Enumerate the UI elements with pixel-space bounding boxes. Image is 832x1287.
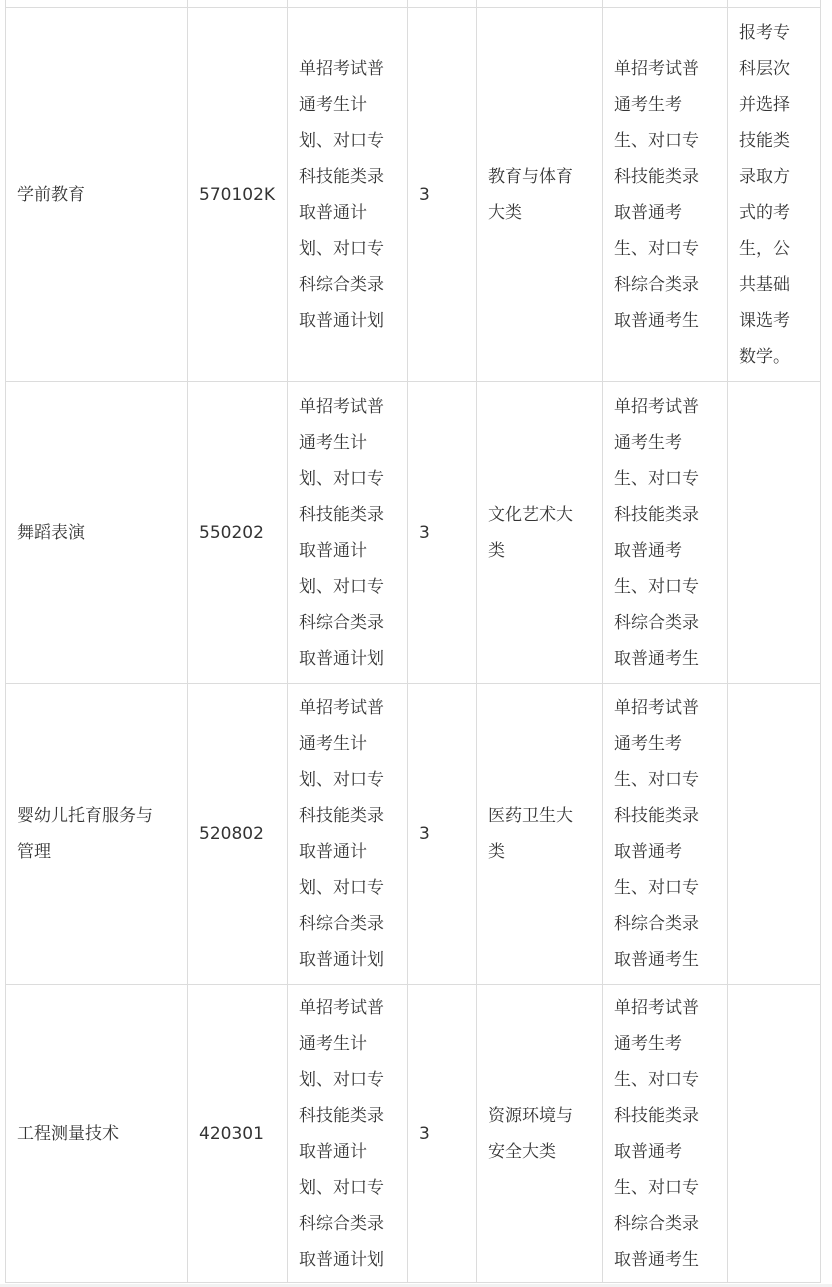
note-cell <box>728 684 821 985</box>
table-row: 婴幼儿托育服务与 管理 520802 单招考试普 通考生计 划、对口专 科技能类… <box>6 684 821 985</box>
table-row: 工程测量技术 420301 单招考试普 通考生计 划、对口专 科技能类录 取普通… <box>6 985 821 1283</box>
major-code-cell: 520802 <box>188 684 288 985</box>
major-code-cell: 570102K <box>188 8 288 382</box>
table-row: 学前教育 570102K 单招考试普 通考生计 划、对口专 科技能类录 取普通计… <box>6 8 821 382</box>
plan-type-cell: 单招考试普 通考生计 划、对口专 科技能类录 取普通计 划、对口专 科综合类录 … <box>288 684 408 985</box>
study-years-cell: 3 <box>408 684 477 985</box>
recruit-target-cell: 单招考试普 通考生考 生、对口专 科技能类录 取普通考 生、对口专 科综合类录 … <box>603 382 728 684</box>
recruit-target-cell: 单招考试普 通考生考 生、对口专 科技能类录 取普通考 生、对口专 科综合类录 … <box>603 684 728 985</box>
major-name-cell: 婴幼儿托育服务与 管理 <box>6 684 188 985</box>
table-row-previous <box>6 0 821 8</box>
plan-type-cell: 单招考试普 通考生计 划、对口专 科技能类录 取普通计 划、对口专 科综合类录 … <box>288 8 408 382</box>
note-cell <box>728 382 821 684</box>
table-row: 舞蹈表演 550202 单招考试普 通考生计 划、对口专 科技能类录 取普通计 … <box>6 382 821 684</box>
study-years-cell: 3 <box>408 382 477 684</box>
plan-type-cell: 单招考试普 通考生计 划、对口专 科技能类录 取普通计 划、对口专 科综合类录 … <box>288 985 408 1283</box>
note-cell: 报考专 科层次 并选择 技能类 录取方 式的考 生，公 共基础 课选考 数学。 <box>728 8 821 382</box>
major-name-cell: 工程测量技术 <box>6 985 188 1283</box>
major-code-cell: 550202 <box>188 382 288 684</box>
category-cell: 资源环境与 安全大类 <box>477 985 603 1283</box>
study-years-cell: 3 <box>408 8 477 382</box>
note-cell <box>728 985 821 1283</box>
major-name-cell: 舞蹈表演 <box>6 382 188 684</box>
plan-type-cell: 单招考试普 通考生计 划、对口专 科技能类录 取普通计 划、对口专 科综合类录 … <box>288 382 408 684</box>
recruit-target-cell: 单招考试普 通考生考 生、对口专 科技能类录 取普通考 生、对口专 科综合类录 … <box>603 8 728 382</box>
major-name-cell: 学前教育 <box>6 8 188 382</box>
recruit-target-cell: 单招考试普 通考生考 生、对口专 科技能类录 取普通考 生、对口专 科综合类录 … <box>603 985 728 1283</box>
category-cell: 文化艺术大 类 <box>477 382 603 684</box>
major-code-cell: 420301 <box>188 985 288 1283</box>
category-cell: 医药卫生大 类 <box>477 684 603 985</box>
document-page: 学前教育 570102K 单招考试普 通考生计 划、对口专 科技能类录 取普通计… <box>0 0 832 1287</box>
category-cell: 教育与体育 大类 <box>477 8 603 382</box>
study-years-cell: 3 <box>408 985 477 1283</box>
majors-table: 学前教育 570102K 单招考试普 通考生计 划、对口专 科技能类录 取普通计… <box>5 0 821 1283</box>
